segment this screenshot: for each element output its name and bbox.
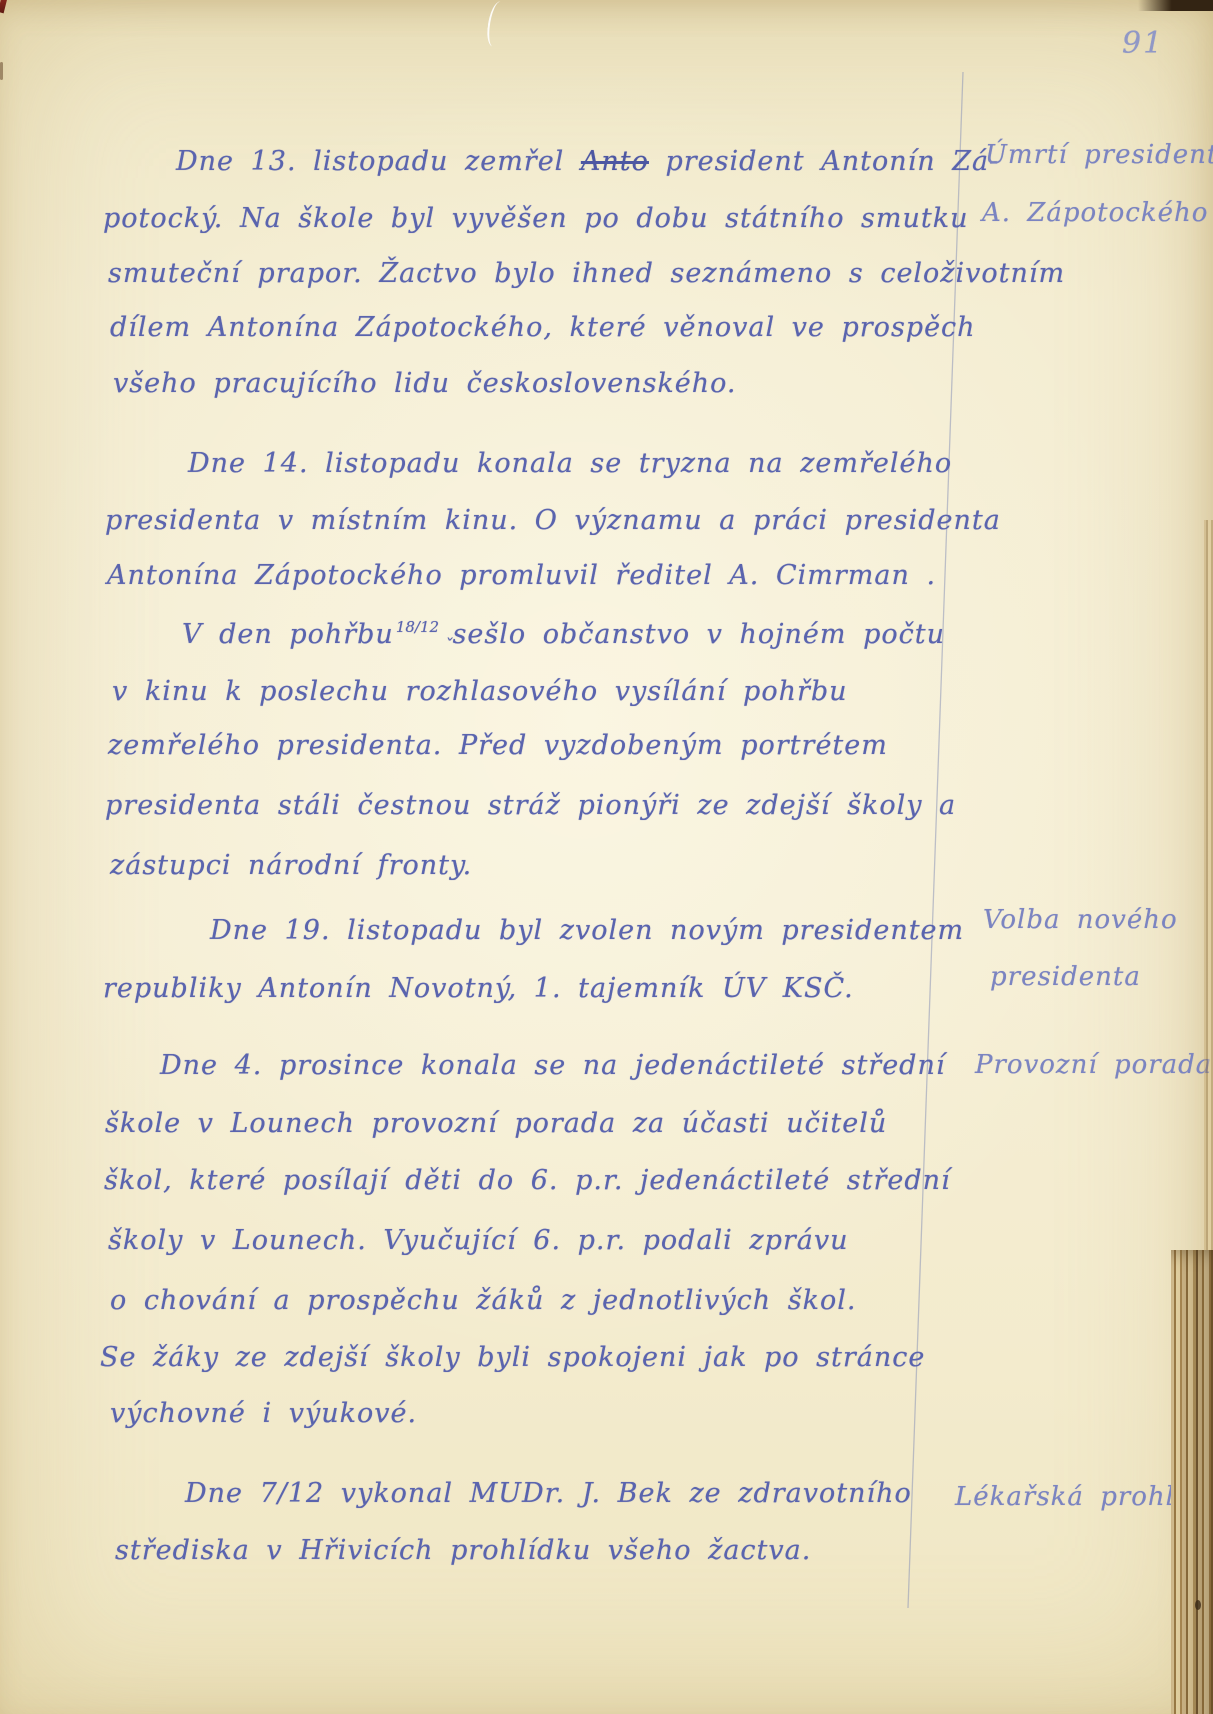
handwritten-line: potocký. Na škole byl vyvěšen po dobu st…	[103, 203, 969, 234]
text-segment: smuteční prapor. Žactvo bylo ihned sezná…	[108, 258, 1065, 289]
fore-edge-speck	[1195, 1600, 1201, 1610]
text-segment: A. Zápotockého	[982, 198, 1208, 228]
handwritten-line: všeho pracujícího lidu československého.	[113, 368, 737, 399]
text-segment: V den pohřbu	[182, 619, 394, 650]
strikethrough-word: Anto	[581, 146, 649, 177]
handwritten-line: v kinu k poslechu rozhlasového vysílání …	[112, 676, 848, 707]
text-segment: presidenta v místním kinu. O významu a p…	[105, 505, 1001, 536]
text-segment: škol, které posílají děti do 6. p.r. jed…	[104, 1165, 951, 1196]
text-segment: výchovné i výukové.	[110, 1398, 417, 1429]
text-segment: presidenta stáli čestnou stráž pionýři z…	[105, 790, 956, 821]
text-segment: Dne 13. listopadu zemřel	[176, 146, 581, 177]
handwritten-line: školy v Lounech. Vyučující 6. p.r. podal…	[108, 1225, 849, 1256]
text-segment: president Antonín Zá-	[649, 146, 999, 177]
handwritten-line: Dne 13. listopadu zemřel Anto president …	[176, 146, 999, 177]
text-segment: Úmrtí presidenta	[985, 140, 1213, 170]
text-segment: o chování a prospěchu žáků z jednotlivýc…	[110, 1285, 856, 1316]
handwritten-line: o chování a prospěchu žáků z jednotlivýc…	[110, 1285, 856, 1316]
text-segment: sešlo občanstvo v hojném počtu	[453, 619, 945, 650]
text-segment: škole v Lounech provozní porada za účast…	[105, 1108, 887, 1139]
text-segment: Dne 14. listopadu konala se tryzna na ze…	[188, 448, 952, 479]
margin-note: A. Zápotockého	[982, 198, 1208, 228]
text-segment: potocký. Na škole byl vyvěšen po dobu st…	[103, 203, 969, 234]
text-segment: Se žáky ze zdejší školy byli spokojeni j…	[100, 1342, 925, 1373]
corner-ink-mark	[0, 0, 7, 13]
handwritten-line: Dne 19. listopadu byl zvolen novým presi…	[210, 915, 964, 946]
margin-note: presidenta	[990, 962, 1141, 992]
handwritten-line: V den pohřbu18/12ˇsešlo občanstvo v hojn…	[182, 618, 945, 656]
text-segment: všeho pracujícího lidu československého.	[113, 368, 737, 399]
handwritten-line: dílem Antonína Zápotockého, které věnova…	[110, 312, 976, 343]
handwritten-line: zástupci národní fronty.	[110, 850, 472, 881]
text-segment: Dne 4. prosince konala se na jedenáctile…	[160, 1050, 945, 1081]
paper-scratch	[486, 0, 509, 48]
handwritten-line: Antonína Zápotockého promluvil ředitel A…	[107, 560, 936, 591]
handwritten-line: střediska v Hřivicích prohlídku všeho ža…	[115, 1535, 811, 1566]
text-segment: zástupci národní fronty.	[110, 850, 472, 881]
handwritten-line: Dne 7/12 vykonal MUDr. J. Bek ze zdravot…	[185, 1478, 912, 1509]
inserted-date-superscript: 18/12	[396, 618, 439, 636]
handwritten-line: presidenta v místním kinu. O významu a p…	[105, 505, 1001, 536]
handwritten-line: Se žáky ze zdejší školy byli spokojeni j…	[100, 1342, 925, 1373]
text-segment: zemřelého presidenta. Před vyzdobeným po…	[108, 730, 888, 761]
text-segment: Dne 7/12 vykonal MUDr. J. Bek ze zdravot…	[185, 1478, 912, 1509]
text-segment: školy v Lounech. Vyučující 6. p.r. podal…	[108, 1225, 849, 1256]
text-segment: Volba nového	[983, 905, 1178, 935]
handwritten-line: republiky Antonín Novotný, 1. tajemník Ú…	[103, 973, 854, 1004]
page-number: 91	[1122, 26, 1164, 61]
handwritten-line: výchovné i výukové.	[110, 1398, 417, 1429]
handwritten-line: smuteční prapor. Žactvo bylo ihned sezná…	[108, 258, 1065, 289]
text-segment: republiky Antonín Novotný, 1. tajemník Ú…	[103, 973, 854, 1004]
handwritten-line: škole v Lounech provozní porada za účast…	[105, 1108, 887, 1139]
text-segment: v kinu k poslechu rozhlasového vysílání …	[112, 676, 848, 707]
text-segment: Provozní porada	[975, 1050, 1212, 1080]
handwritten-line: zemřelého presidenta. Před vyzdobeným po…	[108, 730, 888, 761]
handwritten-line: Dne 4. prosince konala se na jedenáctile…	[160, 1050, 945, 1081]
text-segment: střediska v Hřivicích prohlídku všeho ža…	[115, 1535, 811, 1566]
handwritten-line: škol, které posílají děti do 6. p.r. jed…	[104, 1165, 951, 1196]
handwritten-line: presidenta stáli čestnou stráž pionýři z…	[105, 790, 956, 821]
top-right-shadow	[1138, 0, 1213, 11]
insertion-caret: ˇ	[444, 636, 453, 656]
text-segment: Dne 19. listopadu byl zvolen novým presi…	[210, 915, 964, 946]
left-edge-nick	[0, 62, 3, 80]
margin-note: Volba nového	[983, 905, 1178, 935]
text-segment: Antonína Zápotockého promluvil ředitel A…	[107, 560, 936, 591]
margin-note: Provozní porada	[975, 1050, 1212, 1080]
book-fore-edge-pages	[1171, 1250, 1213, 1714]
text-segment: dílem Antonína Zápotockého, které věnova…	[110, 312, 976, 343]
margin-note: Úmrtí presidenta	[985, 140, 1213, 170]
book-fore-edge-upper	[1204, 520, 1213, 1260]
handwritten-line: Dne 14. listopadu konala se tryzna na ze…	[188, 448, 952, 479]
text-segment: presidenta	[990, 962, 1141, 992]
chronicle-page: 91 Dne 13. listopadu zemřel Anto preside…	[0, 0, 1213, 1714]
